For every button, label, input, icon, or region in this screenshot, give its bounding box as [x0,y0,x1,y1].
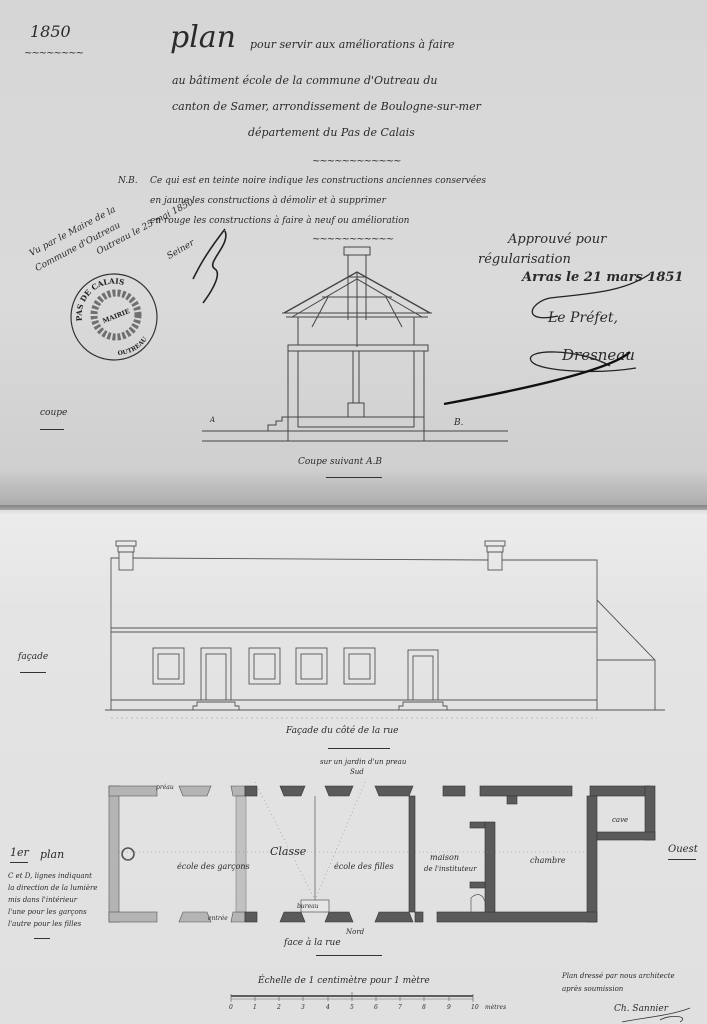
title-line-4: département du Pas de Calais [248,126,415,139]
year-label: 1850 [30,22,71,41]
plan-note-5: l'autre pour les filles [8,920,81,928]
plan-orientation-underline [668,859,696,860]
paper-fold [0,505,707,515]
room-label-ecole-filles: école des filles [334,862,394,871]
scale-ticks: 0 1 2 3 4 5 6 7 8 9 10 mètres [229,1004,489,1016]
section-side-label: coupe [40,408,67,418]
architect-flourish-icon [620,1004,700,1024]
scale-tick: 3 [301,1004,305,1011]
scale-tick: 5 [350,1004,354,1011]
plan-caption-underline [316,955,382,956]
scale-tick: 9 [447,1004,451,1011]
room-label-bureau: bureau [297,903,319,910]
plan-top-mark: préau [156,784,174,791]
plan-side-label-2: plan [40,848,64,861]
scale-tick: 6 [374,1004,378,1011]
room-label-maison: maison [430,853,459,862]
scale-tick: 10 [471,1004,479,1011]
title-line-1: pour servir aux améliorations à faire [250,38,454,51]
plan-north-label: Nord [346,928,364,936]
plan-note-4: l'une pour les garçons [8,908,87,916]
scale-caption: Échelle de 1 centimètre pour 1 mètre [258,976,430,986]
section-caption-underline [326,477,382,478]
plan-note-2: la direction de la lumière [8,884,98,892]
architect-line-1: Plan dressé par nous architecte [562,972,675,980]
scale-tick: 8 [422,1004,426,1011]
architect-line-2: après soumission [562,985,623,993]
legend-flourish: ~~~~~~~~~~~ [312,234,393,245]
facade-caption: Façade du côté de la rue [286,726,399,736]
year-flourish: ~~~~~~~~ [24,48,83,59]
scale-tick: 7 [398,1004,402,1011]
facade-drawing [105,528,665,718]
scale-tick: 2 [277,1004,281,1011]
title-line-3: canton de Samer, arrondissement de Boulo… [172,100,481,113]
room-label-cave: cave [612,816,628,824]
scale-unit: mètres [485,1004,506,1011]
facade-side-label: façade [18,652,48,662]
plan-caption: face à la rue [284,938,341,948]
svg-text:OUTREAU: OUTREAU [117,335,149,357]
approval-line-1: Approuvé pour [508,232,606,247]
cross-section-drawing [198,245,518,445]
plan-side-label-1: 1er [10,846,29,859]
floor-plan-drawing [105,782,665,932]
title-line-2: au bâtiment école de la commune d'Outrea… [172,74,438,87]
section-marker-a: A [210,416,215,424]
room-label-chambre: chambre [530,856,566,865]
plan-note-3: mis dans l'intérieur [8,896,77,904]
title-flourish: ~~~~~~~~~~~~ [312,156,401,167]
room-label-classe: Classe [270,845,306,858]
facade-caption-underline [328,748,390,749]
facade-note-2: Sud [350,768,364,776]
svg-text:MAIRIE: MAIRIE [101,307,131,325]
section-marker-b: B. [454,418,463,428]
mairie-stamp-icon: PAS DE CALAIS MAIRIE OUTREAU [68,271,160,363]
facade-note-1: sur un jardin d'un preau [320,758,406,766]
plan-bottom-mark: entrée [208,915,228,922]
room-label-maison-sub: de l'instituteur [424,865,477,873]
plan-side-underline-1 [10,862,28,863]
room-label-ecole-garcons: école des garçons [177,862,250,871]
legend-mark: N.B. [118,176,138,186]
title-word: plan [170,20,236,55]
plan-notes-underline [34,938,50,939]
legend-line-1: Ce qui est en teinte noire indique les c… [150,176,486,186]
section-side-underline [40,429,64,430]
plan-orientation-label: Ouest [668,844,698,855]
section-caption: Coupe suivant A.B [298,457,382,467]
scale-tick: 0 [229,1004,233,1011]
facade-side-underline [20,672,46,673]
scale-tick: 4 [326,1004,330,1011]
plan-note-1: C et D, lignes indiquant [8,872,92,880]
scale-tick: 1 [253,1004,257,1011]
